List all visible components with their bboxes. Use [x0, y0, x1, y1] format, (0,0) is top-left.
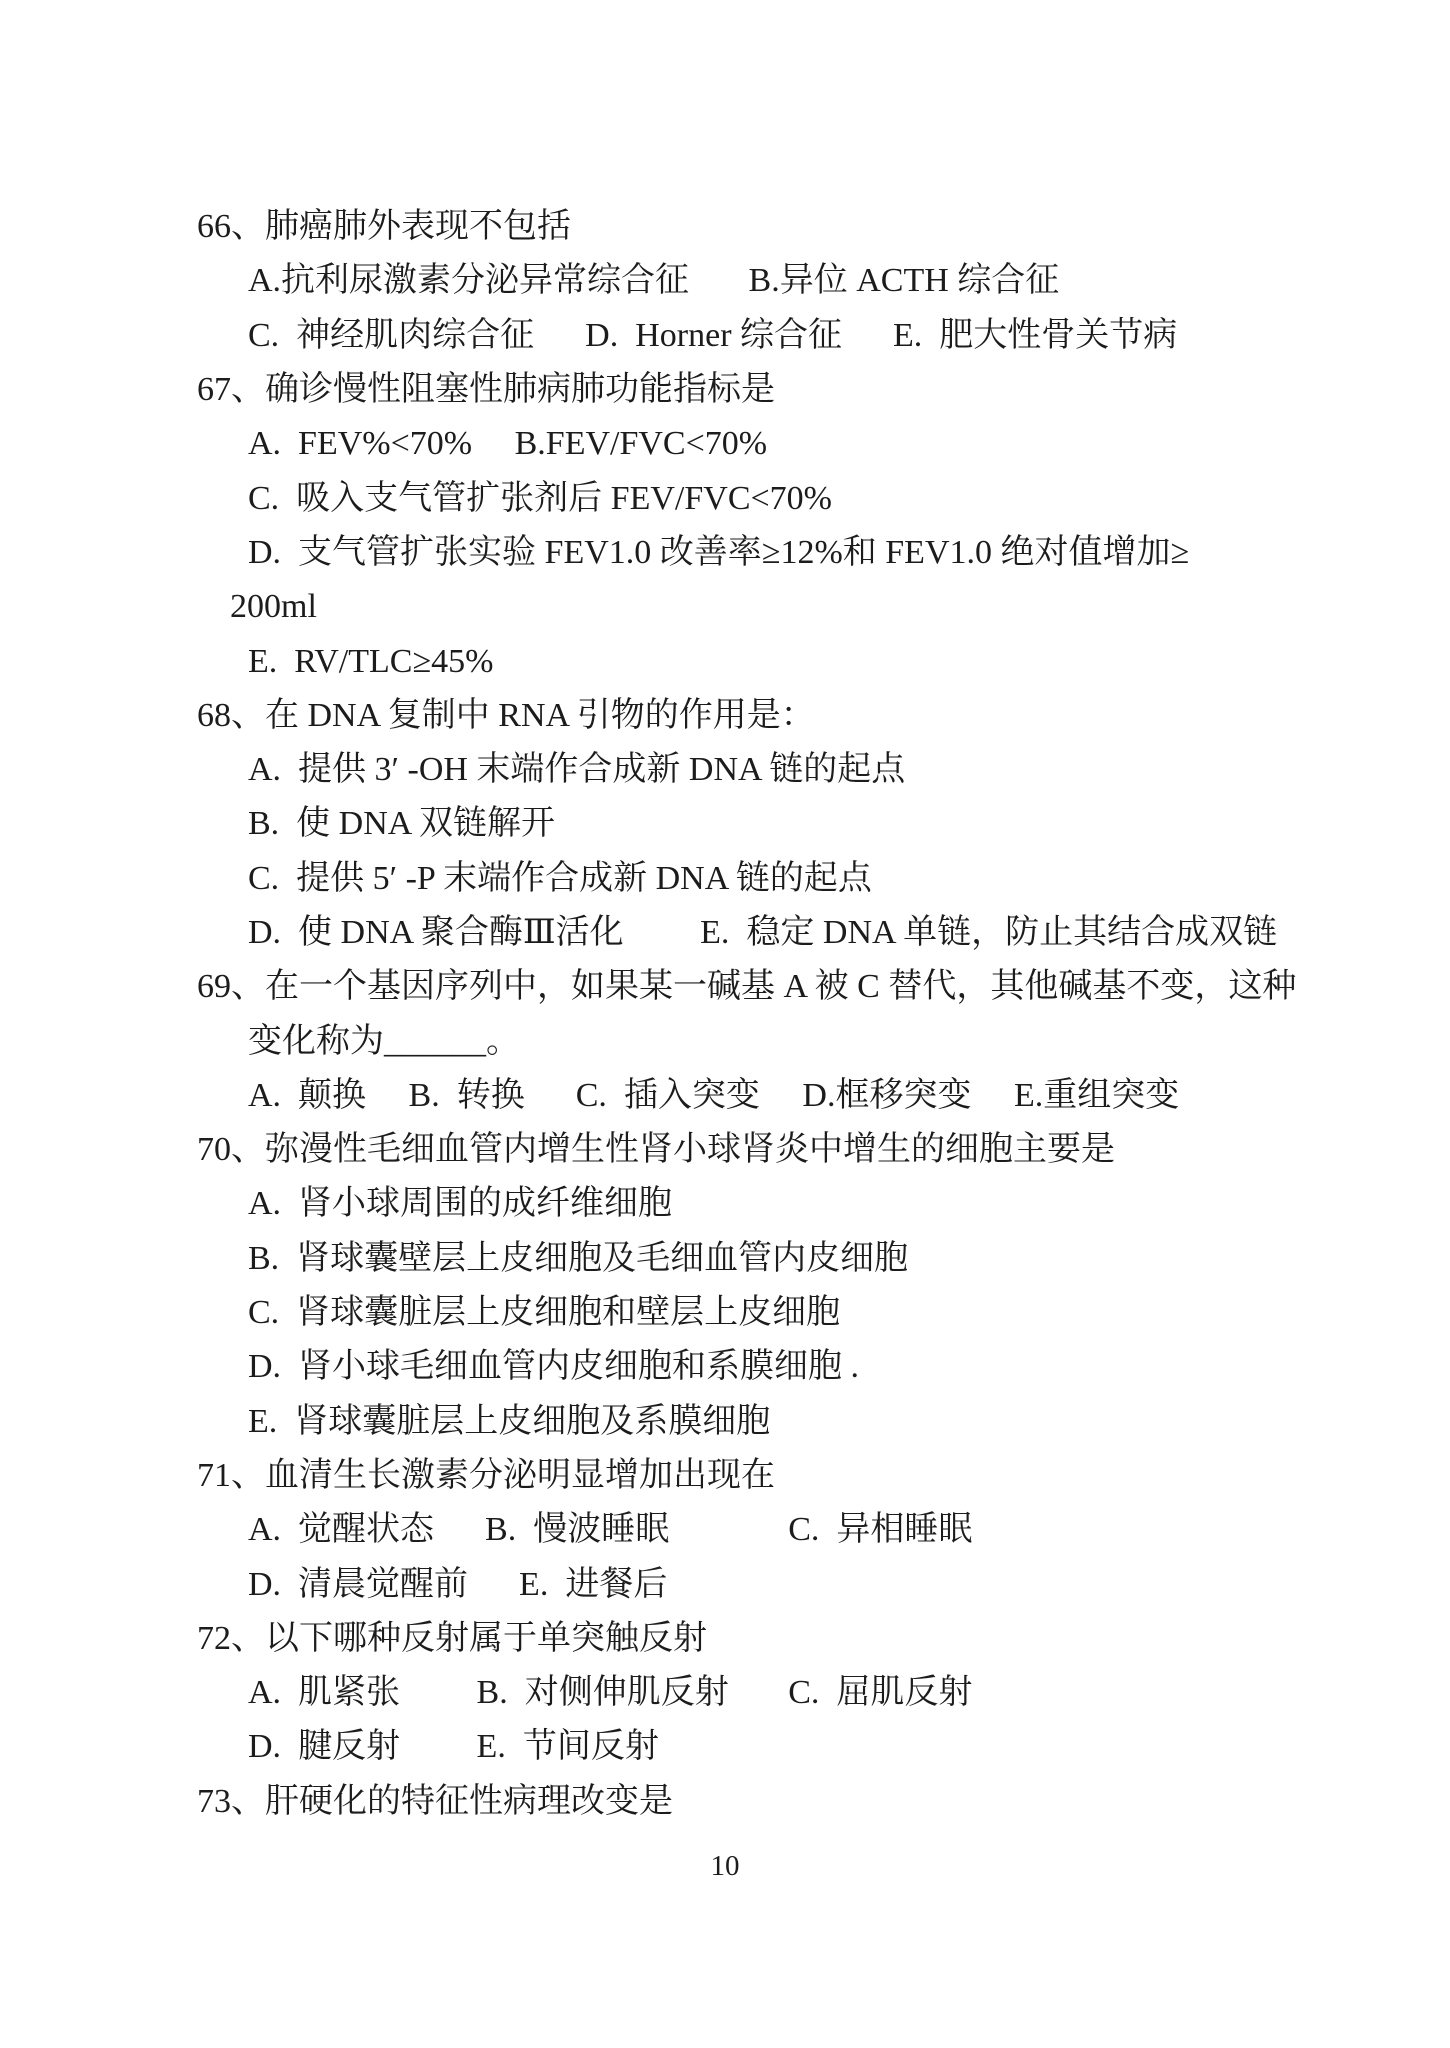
q67-option-d: D. 支气管扩张实验 FEV1.0 改善率≥12%和 FEV1.0 绝对值增加≥ [0, 526, 1450, 580]
exam-page: 66、肺癌肺外表现不包括 A.抗利尿激素分泌异常综合征 B.异位 ACTH 综合… [0, 0, 1450, 2048]
q71-options-de: D. 清晨觉醒前 E. 进餐后 [0, 1557, 1450, 1611]
q70-option-a: A. 肾小球周围的成纤维细胞 [0, 1177, 1450, 1231]
page-number: 10 [0, 1850, 1450, 1883]
q70-option-b: B. 肾球囊壁层上皮细胞及毛细血管内皮细胞 [0, 1232, 1450, 1286]
q72-stem: 72、以下哪种反射属于单突触反射 [0, 1612, 1450, 1666]
q73-stem: 73、肝硬化的特征性病理改变是 [0, 1775, 1450, 1829]
q67-option-e: E. RV/TLC≥45% [0, 634, 1450, 688]
q69-stem-continuation: 变化称为______。 [0, 1014, 1450, 1068]
exam-content: 66、肺癌肺外表现不包括 A.抗利尿激素分泌异常综合征 B.异位 ACTH 综合… [0, 200, 1450, 1829]
q67-option-d-continuation: 200ml [0, 580, 1450, 634]
q70-option-c: C. 肾球囊脏层上皮细胞和壁层上皮细胞 [0, 1286, 1450, 1340]
q71-stem: 71、血清生长激素分泌明显增加出现在 [0, 1449, 1450, 1503]
q72-options-de: D. 腱反射 E. 节间反射 [0, 1720, 1450, 1774]
q67-stem: 67、确诊慢性阻塞性肺病肺功能指标是 [0, 363, 1450, 417]
q69-stem: 69、在一个基因序列中，如果某一碱基 A 被 C 替代，其他碱基不变，这种 [0, 960, 1450, 1014]
q70-option-d: D. 肾小球毛细血管内皮细胞和系膜细胞 . [0, 1340, 1450, 1394]
q71-options-abc: A. 觉醒状态 B. 慢波睡眠 C. 异相睡眠 [0, 1503, 1450, 1557]
q66-options-cde: C. 神经肌肉综合征 D. Horner 综合征 E. 肥大性骨关节病 [0, 309, 1450, 363]
q68-stem: 68、在 DNA 复制中 RNA 引物的作用是： [0, 689, 1450, 743]
q69-options-abcde: A. 颠换 B. 转换 C. 插入突变 D.框移突变 E.重组突变 [0, 1069, 1450, 1123]
q68-option-c: C. 提供 5′ -P 末端作合成新 DNA 链的起点 [0, 852, 1450, 906]
q67-options-ab: A. FEV%<70% B.FEV/FVC<70% [0, 417, 1450, 471]
q66-options-ab: A.抗利尿激素分泌异常综合征 B.异位 ACTH 综合征 [0, 254, 1450, 308]
q67-option-c: C. 吸入支气管扩张剂后 FEV/FVC<70% [0, 471, 1450, 525]
q66-stem: 66、肺癌肺外表现不包括 [0, 200, 1450, 254]
q70-stem: 70、弥漫性毛细血管内增生性肾小球肾炎中增生的细胞主要是 [0, 1123, 1450, 1177]
q68-options-de: D. 使 DNA 聚合酶Ⅲ活化 E. 稳定 DNA 单链，防止其结合成双链 [0, 906, 1450, 960]
q72-options-abc: A. 肌紧张 B. 对侧伸肌反射 C. 屈肌反射 [0, 1666, 1450, 1720]
q70-option-e: E. 肾球囊脏层上皮细胞及系膜细胞 [0, 1395, 1450, 1449]
q68-option-b: B. 使 DNA 双链解开 [0, 797, 1450, 851]
q68-option-a: A. 提供 3′ -OH 末端作合成新 DNA 链的起点 [0, 743, 1450, 797]
